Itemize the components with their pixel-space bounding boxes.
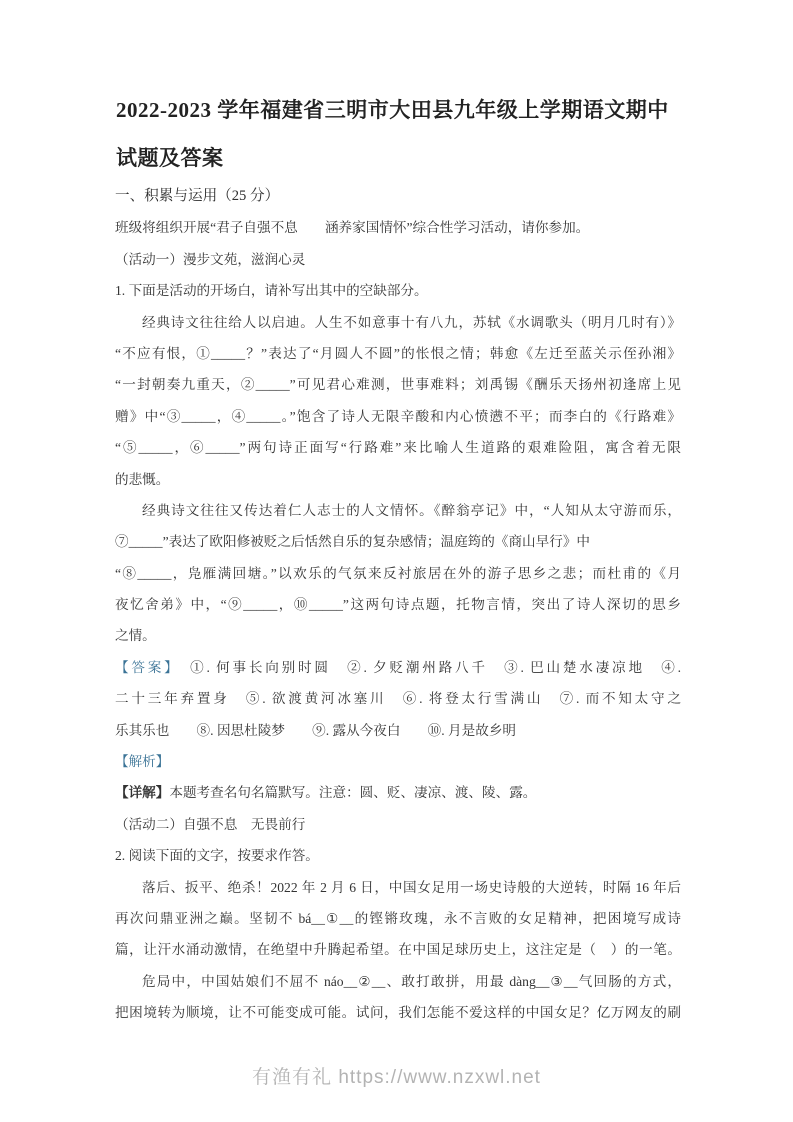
document-page: 2022-2023 学年福建省三明市大田县九年级上学期语文期中 试题及答案 一、…: [0, 0, 793, 1122]
title-line-1: 2022-2023 学年福建省三明市大田县九年级上学期语文期中: [116, 86, 682, 134]
answer-line-3: 乐其乐也 ⑧. 因思杜陵梦 ⑨. 露从今夜白 ⑩. 月是故乡明: [115, 715, 681, 746]
para1-line-5: “⑤_____，⑥_____”两句诗正面写“行路难”来比喻人生道路的艰难险阻，寓…: [115, 432, 681, 463]
para3-line-1: 落后、扳平、绝杀！2022 年 2 月 6 日，中国女足用一场史诗般的大逆转，时…: [115, 872, 681, 903]
footer-watermark-text: 有渔有礼 https://www.nzxwl.net: [252, 1067, 541, 1088]
para2-line-5: 之情。: [115, 620, 681, 651]
detail-text: 本题考查名句名篇默写。注意：圆、贬、凄凉、渡、陵、露。: [169, 785, 536, 800]
para1-line-2: “不应有恨，①_____？”表达了“月圆人不圆”的怅恨之情；韩愈《左迁至蓝关示侄…: [115, 338, 681, 369]
document-title: 2022-2023 学年福建省三明市大田县九年级上学期语文期中 试题及答案: [116, 86, 682, 182]
answer-items-1: ①. 何事长向别时圆 ②. 夕贬潮州路八千 ③. 巴山楚水凄凉地 ④.: [174, 660, 681, 675]
question-1: 1. 下面是活动的开场白，请补写出其中的空缺部分。: [115, 275, 681, 306]
para3-line-3: 篇，让汗水涌动激情，在绝望中升腾起希望。在中国足球历史上，这注定是（ ）的一笔。: [115, 934, 681, 965]
detail-line: 【详解】本题考查名句名篇默写。注意：圆、贬、凄凉、渡、陵、露。: [115, 777, 681, 808]
para1-line-4: 赠》中“③_____，④_____。”饱含了诗人无限辛酸和内心愤懑不平；而李白的…: [115, 401, 681, 432]
title-line-2: 试题及答案: [116, 134, 682, 182]
para2-line-3: “⑧_____，凫雁满回塘。”以欢乐的气氛来反衬旅居在外的游子思乡之悲；而杜甫的…: [115, 558, 681, 589]
para3-line-2: 再次问鼎亚洲之巅。坚韧不 bá__①__的铿锵玫瑰，永不言败的女足精神，把困境写…: [115, 903, 681, 934]
para2-line-2: ⑦_____”表达了欧阳修被贬之后恬然自乐的复杂感情；温庭筠的《商山早行》中: [115, 526, 681, 557]
footer-watermark: 有渔有礼 https://www.nzxwl.net: [0, 1062, 793, 1089]
question-2: 2. 阅读下面的文字，按要求作答。: [115, 840, 681, 871]
para3-line-5: 把困境转为顺境，让不可能变成可能。试问，我们怎能不爱这样的中国女足？亿万网友的刷: [115, 997, 681, 1028]
activity1-heading: （活动一）漫步文苑，滋润心灵: [115, 244, 681, 275]
intro-line: 班级将组织开展“君子自强不息 涵养家国情怀”综合性学习活动，请你参加。: [115, 212, 681, 243]
analysis-label: 【解析】: [115, 754, 169, 769]
para1-line-6: 的悲慨。: [115, 464, 681, 495]
answer-line-2: 二十三年弃置身 ⑤. 欲渡黄河冰塞川 ⑥. 将登太行雪满山 ⑦. 而不知太守之: [115, 683, 681, 714]
answer-label: 【答案】: [115, 660, 174, 675]
document-body: 一、积累与运用（25 分） 班级将组织开展“君子自强不息 涵养家国情怀”综合性学…: [115, 181, 681, 1029]
detail-label: 【详解】: [115, 785, 169, 800]
activity2-heading: （活动二）自强不息 无畏前行: [115, 809, 681, 840]
section-heading: 一、积累与运用（25 分）: [115, 181, 681, 212]
para2-line-1: 经典诗文往往又传达着仁人志士的人文情怀。《醉翁亭记》中，“人知从太守游而乐，: [115, 495, 681, 526]
analysis-line: 【解析】: [115, 746, 681, 777]
para1-line-1: 经典诗文往往给人以启迪。人生不如意事十有八九，苏轼《水调歌头（明月几时有）》: [115, 307, 681, 338]
answer-line-1: 【答案】 ①. 何事长向别时圆 ②. 夕贬潮州路八千 ③. 巴山楚水凄凉地 ④.: [115, 652, 681, 683]
para2-line-4: 夜忆舍弟》中，“⑨_____，⑩_____”这两句诗点题，托物言情，突出了诗人深…: [115, 589, 681, 620]
para1-line-3: “一封朝奏九重天，②_____”可见君心难测，世事难料；刘禹锡《酬乐天扬州初逢席…: [115, 369, 681, 400]
para3-line-4: 危局中，中国姑娘们不屈不 náo__②__、敢打敢拼，用最 dàng__③__气…: [115, 966, 681, 997]
